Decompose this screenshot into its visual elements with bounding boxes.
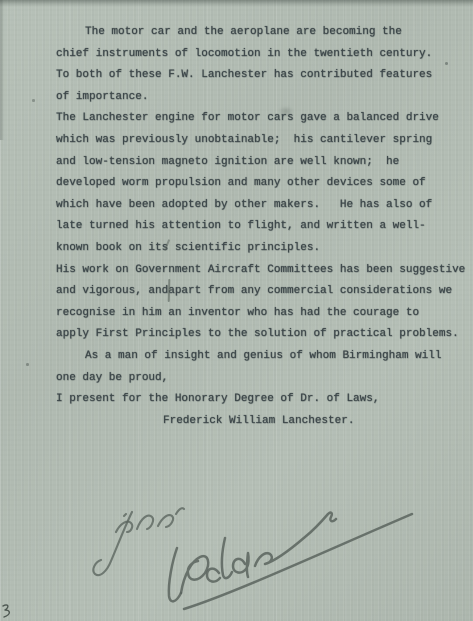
handwritten-pencil-signature xyxy=(0,0,473,621)
signature-word-file xyxy=(93,508,184,575)
pencil-corner-mark xyxy=(3,605,9,617)
document-page: The motor car and the aeroplane are beco… xyxy=(0,0,473,621)
signature-underline-flourish xyxy=(184,514,412,609)
